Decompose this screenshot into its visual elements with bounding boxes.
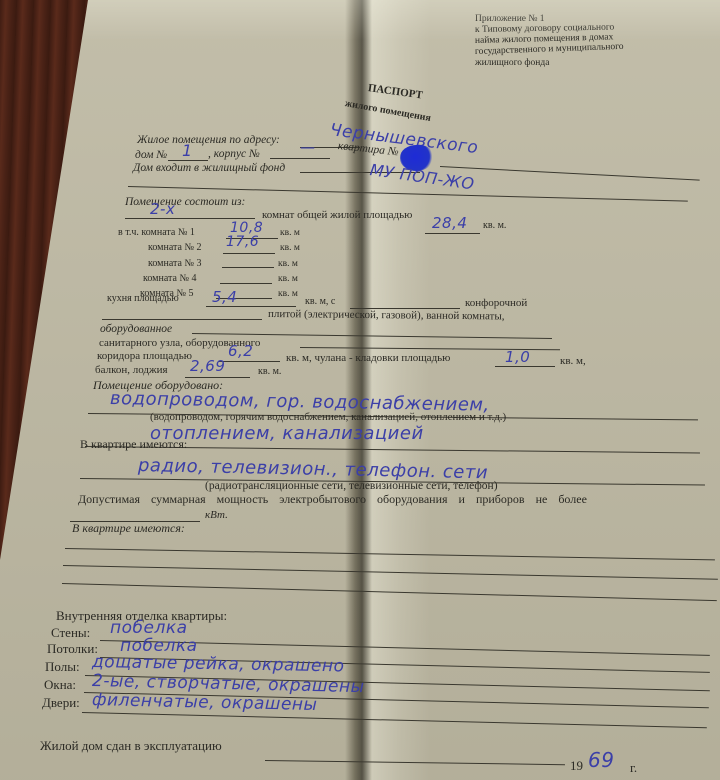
- extra-line-1: [65, 548, 715, 560]
- room-3-label: комната № 3: [148, 258, 202, 269]
- appendix-line-1: Приложение № 1: [475, 14, 545, 25]
- document-title: ПАСПОРТ: [367, 82, 423, 102]
- rooms-consists-label: Помещение состоит из:: [125, 196, 245, 208]
- networks-label: В квартире имеются:: [80, 437, 187, 452]
- room-3-unit: кв. м: [278, 259, 298, 269]
- room-2-label: комната № 2: [148, 242, 202, 253]
- walls-value: побелка: [110, 618, 188, 638]
- equipment-hint: (водопроводом, горячим водоснабжением, к…: [150, 411, 506, 423]
- apartment-line: [440, 166, 700, 181]
- balcony-unit: кв. м.: [258, 366, 281, 377]
- fund-label: Дом входит в жилищный фонд: [133, 162, 285, 174]
- room-2-unit: кв. м: [280, 243, 300, 253]
- kitchen-line: [206, 306, 296, 307]
- stove-label: плитой (электрической, газовой), ванной …: [268, 308, 505, 322]
- balcony-label: балкон, лоджия: [95, 364, 168, 376]
- closet-line: [495, 366, 555, 367]
- equipment-value-line-2: отоплением, канализацией: [150, 423, 424, 444]
- rooms-count-value: 2-х: [150, 200, 175, 218]
- document-subtitle: жилого помещения: [344, 98, 432, 124]
- corridor-line: [218, 361, 280, 362]
- closet-value: 1,0: [505, 348, 530, 366]
- commission-line: [265, 760, 565, 765]
- closet-unit: кв. м,: [560, 355, 586, 367]
- walls-label: Стены:: [51, 625, 90, 641]
- korpus-value: —: [300, 138, 316, 156]
- networks-hint: (радиотрансляционные сети, телевизионные…: [205, 480, 498, 492]
- commission-label: Жилой дом сдан в эксплуатацию: [40, 738, 222, 754]
- room-4-line: [220, 283, 272, 284]
- appendix-line-2: к Типовому договору социального: [475, 23, 614, 36]
- power-unit: кВт.: [205, 509, 228, 521]
- commission-year-suffix: г.: [630, 760, 637, 776]
- bathroom-equipped-label: оборудованное: [100, 323, 172, 335]
- total-area-line: [425, 233, 480, 234]
- kitchen-unit: кв. м, с: [305, 296, 335, 307]
- kitchen-value: 5,4: [212, 288, 237, 306]
- extra-label: В квартире имеются:: [72, 521, 185, 536]
- room-1-label: в т.ч. комната № 1: [118, 227, 195, 238]
- house-value: 1: [182, 141, 193, 160]
- doors-line: [82, 712, 707, 728]
- house-label: дом №: [135, 149, 167, 161]
- corridor-value: 6,2: [228, 342, 253, 360]
- kitchen-label: кухня площадью: [107, 293, 179, 304]
- appendix-line-5: жилищного фонда: [475, 58, 549, 69]
- commission-year-value: 69: [588, 748, 614, 772]
- balcony-value: 2,69: [190, 357, 225, 375]
- total-area-unit: кв. м.: [483, 220, 506, 231]
- stove-line: [102, 319, 262, 320]
- extra-line-2: [63, 565, 718, 580]
- windows-label: Окна:: [44, 677, 76, 693]
- power-text: Допустимая суммарная мощность электробыт…: [78, 492, 587, 507]
- house-line: [168, 160, 208, 161]
- korpus-line: [270, 158, 330, 159]
- ceilings-label: Потолки:: [47, 641, 98, 657]
- room-4-unit: кв. м: [278, 274, 298, 284]
- rooms-total-label: комнат общей жилой площадью: [262, 209, 412, 221]
- corridor-label: коридора площадью: [97, 350, 192, 362]
- room-4-label: комната № 4: [143, 273, 197, 284]
- doors-value: филенчатые, окрашены: [92, 690, 318, 715]
- commission-year-prefix: 19: [570, 758, 583, 774]
- room-2-value: 17,6: [226, 234, 259, 250]
- room-2-line: [223, 253, 275, 254]
- floors-label: Полы:: [45, 659, 80, 675]
- rooms-count-line: [125, 218, 255, 219]
- closet-label: кв. м, чулана - кладовки площадью: [286, 352, 450, 364]
- korpus-label: , корпус №: [208, 148, 260, 160]
- passport-document: Приложение № 1 к Типовому договору социа…: [0, 0, 720, 780]
- room-5-unit: кв. м: [278, 289, 298, 299]
- room-3-line: [222, 267, 274, 268]
- total-area-value: 28,4: [432, 214, 467, 232]
- doors-label: Двери:: [42, 695, 80, 711]
- burner-label: конфорочной: [465, 297, 527, 309]
- address-label: Жилое помещения по адресу:: [137, 134, 280, 146]
- extra-line-3: [62, 583, 717, 601]
- room-1-unit: кв. м: [280, 228, 300, 238]
